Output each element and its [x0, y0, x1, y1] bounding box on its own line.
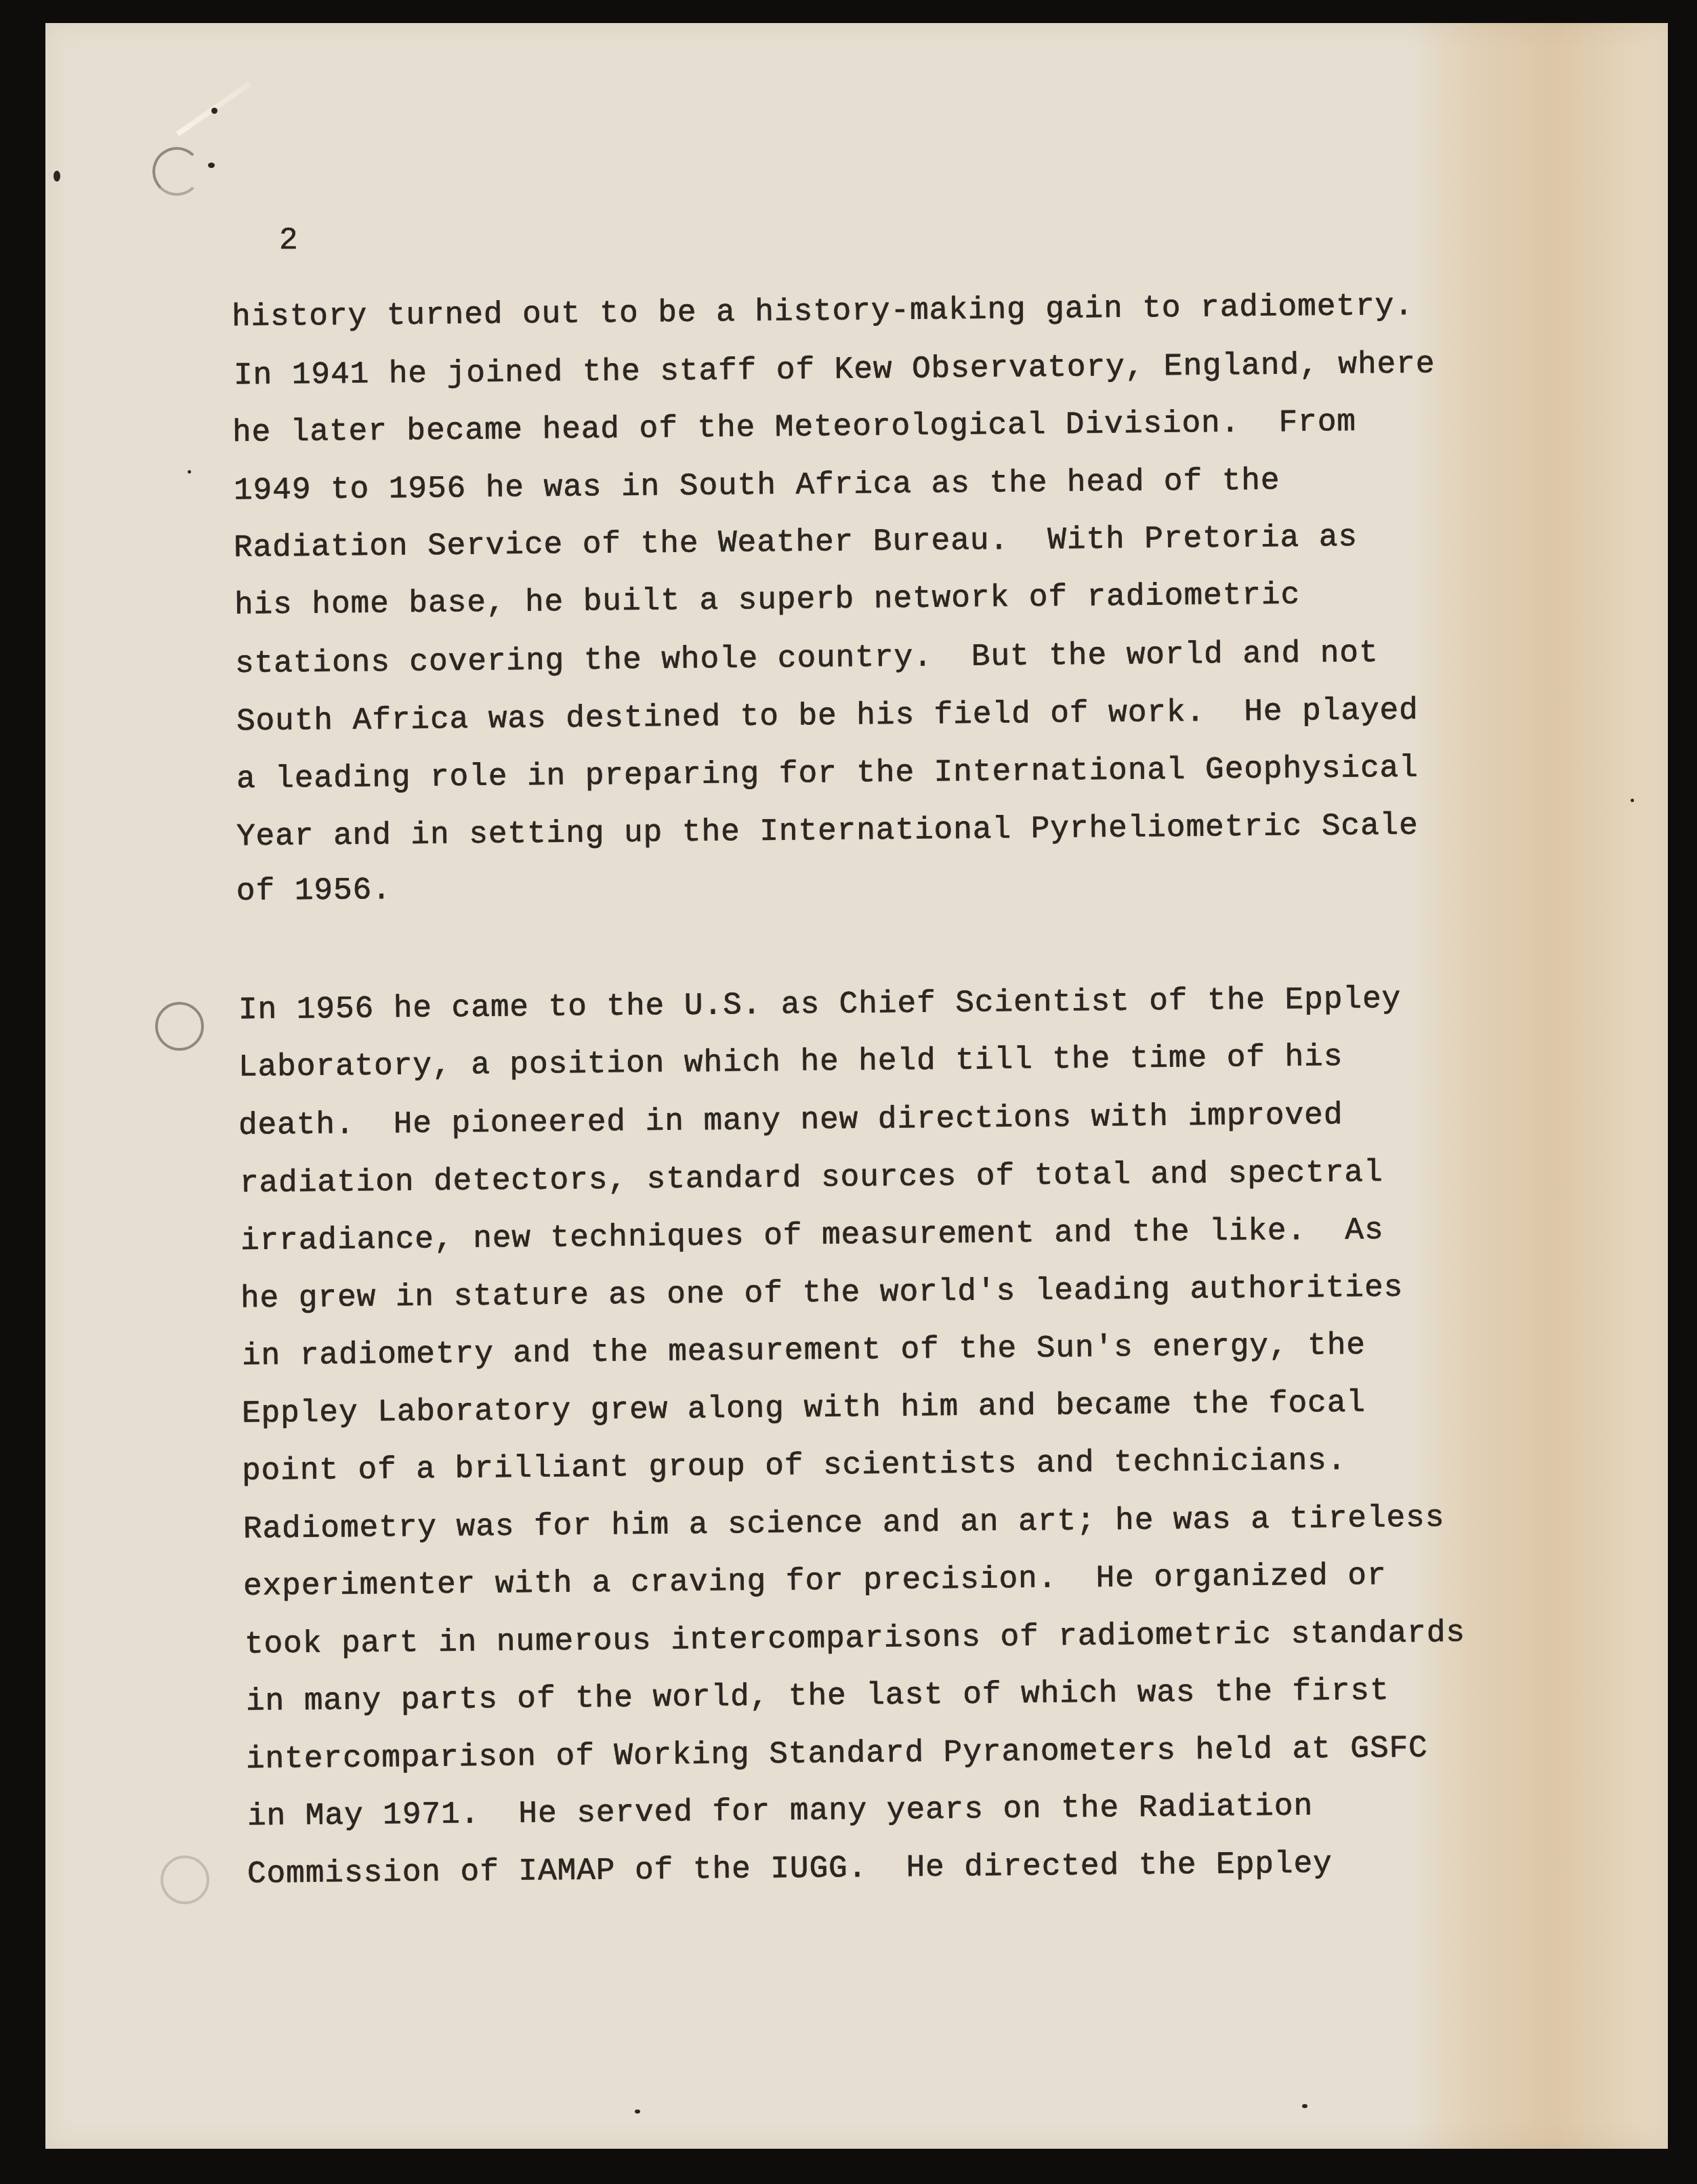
- scanned-page-background: 2 history turned out to be a history-mak…: [0, 0, 1697, 2184]
- margin-dot: [1631, 799, 1634, 802]
- margin-dot: [54, 171, 60, 182]
- text-line: Eppley Laboratory grew along with him an…: [242, 1385, 1366, 1431]
- text-line: Year and in setting up the International…: [236, 808, 1419, 855]
- text-line: stations covering the whole country. But…: [235, 635, 1379, 681]
- text-line: his home base, he built a superb network…: [234, 577, 1301, 623]
- margin-dot: [1302, 2104, 1307, 2108]
- margin-dot: [211, 108, 217, 114]
- text-line: death. He pioneered in many new directio…: [238, 1097, 1343, 1143]
- margin-dot: [208, 163, 215, 168]
- text-line: In 1956 he came to the U.S. as Chief Sci…: [238, 982, 1402, 1028]
- text-line: in many parts of the world, the last of …: [246, 1673, 1389, 1719]
- text-line: irradiance, new techniques of measuremen…: [240, 1213, 1384, 1259]
- punch-hole-mark-middle: [155, 1002, 204, 1051]
- text-line: in May 1971. He served for many years on…: [247, 1788, 1314, 1834]
- text-line: point of a brilliant group of scientists…: [242, 1443, 1347, 1489]
- text-line: Laboratory, a position which he held til…: [238, 1039, 1343, 1085]
- margin-dot: [188, 470, 191, 474]
- text-line: In 1941 he joined the staff of Kew Obser…: [234, 346, 1436, 393]
- text-line: experimenter with a craving for precisio…: [243, 1558, 1387, 1604]
- text-line: a leading role in preparing for the Inte…: [236, 751, 1419, 797]
- punch-hole-mark-bottom: [161, 1855, 209, 1904]
- text-line: Radiometry was for him a science and an …: [243, 1500, 1445, 1547]
- text-line: history turned out to be a history-makin…: [232, 289, 1414, 335]
- text-line: Radiation Service of the Weather Bureau.…: [234, 520, 1358, 566]
- text-line: Commission of IAMAP of the IUGG. He dire…: [247, 1846, 1333, 1891]
- typewritten-page: 2 history turned out to be a history-mak…: [45, 23, 1668, 2149]
- page-number: 2: [279, 223, 298, 258]
- text-line: in radiometry and the measurement of the…: [242, 1328, 1366, 1374]
- punch-hole-mark-top: [152, 147, 201, 196]
- text-line: of 1956.: [236, 873, 392, 909]
- text-line: intercomparison of Working Standard Pyra…: [246, 1731, 1428, 1778]
- margin-dot: [635, 2109, 640, 2114]
- text-line: he grew in stature as one of the world's…: [240, 1270, 1404, 1316]
- text-line: took part in numerous intercomparisons o…: [245, 1615, 1466, 1662]
- text-line: South Africa was destined to be his fiel…: [236, 693, 1419, 740]
- text-line: he later became head of the Meteorologic…: [232, 404, 1356, 450]
- text-line: 1949 to 1956 he was in South Africa as t…: [234, 463, 1280, 509]
- text-line: radiation detectors, standard sources of…: [240, 1155, 1383, 1201]
